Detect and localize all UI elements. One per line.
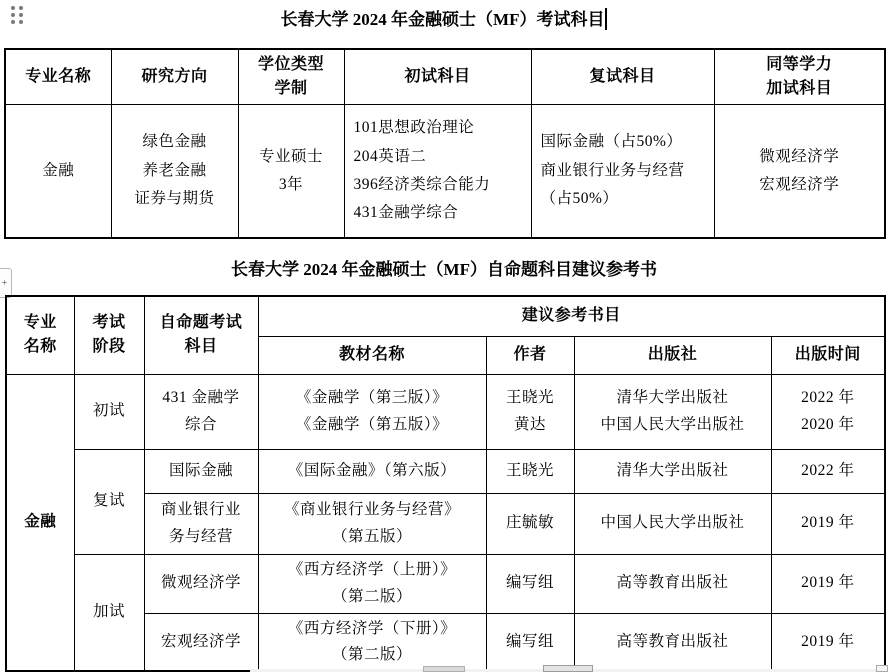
cell-publisher: 中国人民大学出版社 [574,493,771,554]
cell-publisher: 高等教育出版社 [574,554,771,613]
header-additional-exam: 同等学力 加试科目 [714,49,885,104]
cell-retest-subjects: 国际金融（占50%） 商业银行业务与经营（占50%） [531,104,714,238]
cell-major: 金融 [5,104,111,238]
header-major-name: 专业名称 [5,49,111,104]
cell-subject: 431 金融学 综合 [144,374,258,449]
cell-subject: 国际金融 [144,449,258,493]
header-book-name: 教材名称 [258,336,486,374]
cell-subject: 宏观经济学 [144,613,258,671]
scrollbar-corner [876,665,888,672]
header-publisher: 出版社 [574,336,771,374]
cell-author: 庄毓敏 [486,493,574,554]
cell-author: 编写组 [486,554,574,613]
cell-stage: 初试 [74,374,144,449]
header-degree-type: 学位类型 学制 [238,49,344,104]
document-page: 长春大学 2024 年金融硕士（MF）考试科目 专业名称 研究方向 学位类型 学… [0,0,888,672]
header-suggested-books-group: 建议参考书目 [258,296,885,336]
header-exam-stage: 考试 阶段 [74,296,144,374]
cell-author: 王晓光 黄达 [486,374,574,449]
cell-book: 《商业银行业务与经营》 （第五版） [258,493,486,554]
books-table-row: 金融 初试 431 金融学 综合 《金融学（第三版）》 《金融学（第五版）》 王… [6,374,885,449]
cell-initial-subjects: 101思想政治理论 204英语二 396经济类综合能力 431金融学综合 [344,104,531,238]
cell-date: 2022 年 2020 年 [771,374,885,449]
header-major-name: 专业 名称 [6,296,74,374]
cell-subject: 微观经济学 [144,554,258,613]
cell-research-directions: 绿色金融 养老金融 证券与期货 [111,104,238,238]
cell-author: 王晓光 [486,449,574,493]
cell-subject: 商业银行业 务与经营 [144,493,258,554]
cell-date: 2019 年 [771,613,885,671]
cell-date: 2019 年 [771,554,885,613]
cell-additional-subjects: 微观经济学 宏观经济学 [714,104,885,238]
title-text: 长春大学 2024 年金融硕士（MF）考试科目 [281,10,605,29]
side-anchor-button[interactable]: + [0,268,12,298]
header-pub-date: 出版时间 [771,336,885,374]
cell-major: 金融 [6,374,74,671]
cell-book: 《金融学（第三版）》 《金融学（第五版）》 [258,374,486,449]
cell-author: 编写组 [486,613,574,671]
cell-stage: 加试 [74,554,144,671]
cell-date: 2019 年 [771,493,885,554]
books-table-header-row-1: 专业 名称 考试 阶段 自命题考试 科目 建议参考书目 [6,296,885,336]
horizontal-scrollbar-thumb[interactable] [423,666,465,672]
header-author: 作者 [486,336,574,374]
cell-book: 《西方经济学（上册）》 （第二版） [258,554,486,613]
header-retest-exam: 复试科目 [531,49,714,104]
document-title-reference-books: 长春大学 2024 年金融硕士（MF）自命题科目建议参考书 [0,258,888,282]
header-selfmade-subject: 自命题考试 科目 [144,296,258,374]
document-title-exam-subjects: 长春大学 2024 年金融硕士（MF）考试科目 [0,8,888,32]
plus-icon: + [2,278,8,289]
cell-stage: 复试 [74,449,144,554]
text-cursor [605,8,607,30]
exam-table-header-row: 专业名称 研究方向 学位类型 学制 初试科目 复试科目 同等学力 加试科目 [5,49,885,104]
cell-publisher: 清华大学出版社 中国人民大学出版社 [574,374,771,449]
cell-publisher: 高等教育出版社 [574,613,771,671]
horizontal-scrollbar-thumb[interactable] [543,665,593,672]
exam-subjects-table: 专业名称 研究方向 学位类型 学制 初试科目 复试科目 同等学力 加试科目 金融… [4,48,886,239]
reference-books-table: 专业 名称 考试 阶段 自命题考试 科目 建议参考书目 教材名称 作者 出版社 … [5,295,886,672]
header-research-direction: 研究方向 [111,49,238,104]
title-text: 长春大学 2024 年金融硕士（MF）自命题科目建议参考书 [231,260,657,279]
header-initial-exam: 初试科目 [344,49,531,104]
cell-degree-type: 专业硕士 3年 [238,104,344,238]
exam-table-row: 金融 绿色金融 养老金融 证券与期货 专业硕士 3年 101思想政治理论 204… [5,104,885,238]
cell-book: 《西方经济学（下册）》 （第二版） [258,613,486,671]
cell-date: 2022 年 [771,449,885,493]
books-table-row: 复试 国际金融 《国际金融》（第六版） 王晓光 清华大学出版社 2022 年 [6,449,885,493]
cell-book: 《国际金融》（第六版） [258,449,486,493]
books-table-row: 加试 微观经济学 《西方经济学（上册）》 （第二版） 编写组 高等教育出版社 2… [6,554,885,613]
cell-publisher: 清华大学出版社 [574,449,771,493]
